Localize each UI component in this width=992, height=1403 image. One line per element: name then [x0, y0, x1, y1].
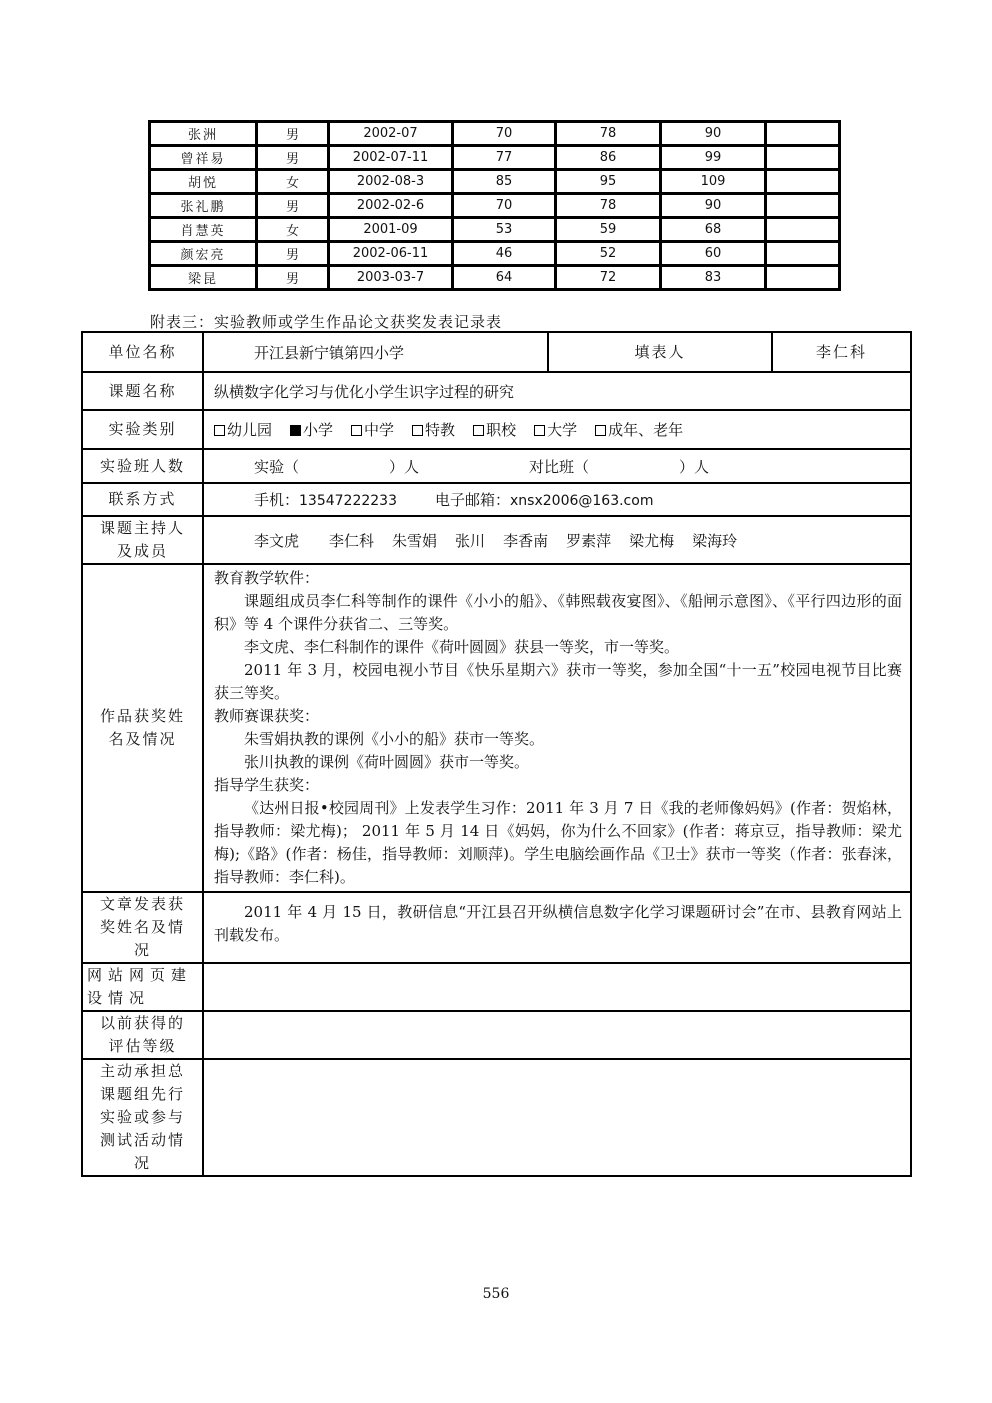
score-2-cell: 52 — [556, 242, 661, 266]
student-name-cell: 张礼鹏 — [150, 194, 257, 218]
unit-row: 单位名称 开江县新宁镇第四小学 填表人 李仁科 — [82, 332, 911, 372]
table-row: 张礼鹏 男 2002-02-6 70 78 90 — [150, 194, 840, 218]
score-3-cell: 60 — [661, 242, 766, 266]
score-3-cell: 90 — [661, 194, 766, 218]
category-option[interactable]: 职校 — [473, 421, 516, 439]
student-paragraph-1: 《达州日报•校园周刊》上发表学生习作：2011 年 3 月 7 日《我的老师像妈… — [214, 797, 902, 889]
checkbox-unchecked-icon[interactable] — [351, 425, 362, 436]
category-option[interactable]: 小学 — [290, 421, 333, 439]
control-prefix: 对比班（ — [529, 458, 589, 476]
website-row: 网站网页建设情况 — [82, 963, 911, 1011]
gender-cell: 男 — [257, 266, 329, 290]
articles-label: 文章发表获奖姓名及情况 — [82, 892, 203, 963]
category-option-label: 职校 — [486, 421, 516, 439]
score-2-cell: 95 — [556, 170, 661, 194]
student-name-cell: 张洲 — [150, 122, 257, 146]
checkbox-unchecked-icon[interactable] — [214, 425, 225, 436]
experiment-suffix: ）人 — [389, 458, 419, 476]
note-cell — [766, 218, 840, 242]
topic-label: 课题名称 — [82, 372, 203, 410]
phone-label: 手机： — [254, 491, 299, 509]
software-paragraph-1: 课题组成员李仁科等制作的课件《小小的船》、《韩熙载夜宴图》、《船闸示意图》、《平… — [214, 590, 902, 636]
table-row: 曾祥易 男 2002-07-11 77 86 99 — [150, 146, 840, 170]
category-option-label: 大学 — [547, 421, 577, 439]
note-cell — [766, 194, 840, 218]
score-2-cell: 59 — [556, 218, 661, 242]
articles-paragraph: 2011 年 4 月 15 日，教研信息“开江县召开纵横信息数字化学习课题研讨会… — [214, 901, 902, 947]
class-size-row: 实验班人数 实验（）人对比班（）人 — [82, 449, 911, 483]
rating-value[interactable] — [203, 1011, 911, 1059]
category-option[interactable]: 大学 — [534, 421, 577, 439]
birth-date-cell: 2002-06-11 — [329, 242, 453, 266]
category-label: 实验类别 — [82, 410, 203, 449]
works-value: 教育教学软件： 课题组成员李仁科等制作的课件《小小的船》、《韩熙载夜宴图》、《船… — [203, 564, 911, 892]
class-size-label: 实验班人数 — [82, 449, 203, 483]
contact-value: 手机：13547222233电子邮箱：xnsx2006@163.com — [203, 483, 911, 516]
phone-number: 13547222233 — [299, 493, 397, 509]
student-name-cell: 胡悦 — [150, 170, 257, 194]
email-label: 电子邮箱： — [435, 491, 510, 509]
category-options: 幼儿园小学中学特教职校大学成年、老年 — [203, 410, 911, 449]
activity-value[interactable] — [203, 1059, 911, 1176]
website-value[interactable] — [203, 963, 911, 1011]
members-label: 课题主持人 及成员 — [82, 516, 203, 564]
note-cell — [766, 170, 840, 194]
category-option-label: 成年、老年 — [608, 421, 683, 439]
unit-label: 单位名称 — [82, 332, 203, 372]
page-number: 556 — [0, 1286, 992, 1302]
birth-date-cell: 2001-09 — [329, 218, 453, 242]
category-option-label: 中学 — [364, 421, 394, 439]
student-name-cell: 曾祥易 — [150, 146, 257, 170]
email-address: xnsx2006@163.com — [510, 493, 653, 509]
filler-label: 填表人 — [548, 332, 772, 372]
table-row: 肖慧英 女 2001-09 53 59 68 — [150, 218, 840, 242]
category-option[interactable]: 幼儿园 — [214, 421, 272, 439]
checkbox-unchecked-icon[interactable] — [595, 425, 606, 436]
score-1-cell: 77 — [453, 146, 556, 170]
category-option[interactable]: 成年、老年 — [595, 421, 683, 439]
topic-row: 课题名称 纵横数字化学习与优化小学生识字过程的研究 — [82, 372, 911, 410]
website-label: 网站网页建设情况 — [82, 963, 203, 1011]
articles-value: 2011 年 4 月 15 日，教研信息“开江县召开纵横信息数字化学习课题研讨会… — [203, 892, 911, 963]
score-1-cell: 46 — [453, 242, 556, 266]
teacher-paragraph-1: 朱雪娟执教的课例《小小的船》获市一等奖。 — [214, 728, 902, 751]
member-name: 梁海玲 — [692, 532, 737, 550]
table-row: 胡悦 女 2002-08-3 85 95 109 — [150, 170, 840, 194]
contact-row: 联系方式 手机：13547222233电子邮箱：xnsx2006@163.com — [82, 483, 911, 516]
note-cell — [766, 146, 840, 170]
score-1-cell: 64 — [453, 266, 556, 290]
score-2-cell: 86 — [556, 146, 661, 170]
gender-cell: 女 — [257, 218, 329, 242]
birth-date-cell: 2003-03-7 — [329, 266, 453, 290]
category-option[interactable]: 特教 — [412, 421, 455, 439]
table-row: 张洲 男 2002-07 70 78 90 — [150, 122, 840, 146]
unit-value: 开江县新宁镇第四小学 — [203, 332, 548, 372]
score-2-cell: 72 — [556, 266, 661, 290]
birth-date-cell: 2002-02-6 — [329, 194, 453, 218]
note-cell — [766, 242, 840, 266]
student-name-cell: 梁昆 — [150, 266, 257, 290]
articles-row: 文章发表获奖姓名及情况 2011 年 4 月 15 日，教研信息“开江县召开纵横… — [82, 892, 911, 963]
score-1-cell: 70 — [453, 194, 556, 218]
gender-cell: 男 — [257, 146, 329, 170]
checkbox-checked-icon[interactable] — [290, 425, 301, 436]
filler-value: 李仁科 — [772, 332, 911, 372]
member-name: 梁尤梅 — [629, 532, 674, 550]
birth-date-cell: 2002-08-3 — [329, 170, 453, 194]
score-1-cell: 53 — [453, 218, 556, 242]
works-label: 作品获奖姓名及情况 — [82, 564, 203, 892]
rating-label: 以前获得的评估等级 — [82, 1011, 203, 1059]
member-name: 罗素萍 — [566, 532, 611, 550]
teacher-paragraph-2: 张川执教的课例《荷叶圆圆》获市一等奖。 — [214, 751, 902, 774]
member-name: 李仁科 — [329, 532, 374, 550]
category-option-label: 幼儿园 — [227, 421, 272, 439]
checkbox-unchecked-icon[interactable] — [412, 425, 423, 436]
members-list: 李文虎李仁科朱雪娟张川李香南罗素萍梁尤梅梁海玲 — [203, 516, 911, 564]
software-paragraph-3: 2011 年 3 月，校园电视小节目《快乐星期六》获市一等奖，参加全国“十一五”… — [214, 659, 902, 705]
score-3-cell: 109 — [661, 170, 766, 194]
student-name-cell: 颜宏亮 — [150, 242, 257, 266]
teacher-heading: 教师赛课获奖： — [214, 705, 902, 728]
control-suffix: ）人 — [679, 458, 709, 476]
birth-date-cell: 2002-07 — [329, 122, 453, 146]
score-2-cell: 78 — [556, 122, 661, 146]
activity-row: 主动承担总课题组先行实验或参与测试活动情况 — [82, 1059, 911, 1176]
gender-cell: 男 — [257, 194, 329, 218]
student-heading: 指导学生获奖： — [214, 774, 902, 797]
members-row: 课题主持人 及成员 李文虎李仁科朱雪娟张川李香南罗素萍梁尤梅梁海玲 — [82, 516, 911, 564]
contact-label: 联系方式 — [82, 483, 203, 516]
member-name: 李香南 — [503, 532, 548, 550]
member-name: 张川 — [455, 532, 485, 550]
category-option-label: 小学 — [303, 421, 333, 439]
birth-date-cell: 2002-07-11 — [329, 146, 453, 170]
class-size-value: 实验（）人对比班（）人 — [203, 449, 911, 483]
score-3-cell: 99 — [661, 146, 766, 170]
table-row: 梁昆 男 2003-03-7 64 72 83 — [150, 266, 840, 290]
award-record-table: 单位名称 开江县新宁镇第四小学 填表人 李仁科 课题名称 纵横数字化学习与优化小… — [81, 331, 912, 1177]
category-option[interactable]: 中学 — [351, 421, 394, 439]
gender-cell: 女 — [257, 170, 329, 194]
activity-label: 主动承担总课题组先行实验或参与测试活动情况 — [82, 1059, 203, 1176]
checkbox-unchecked-icon[interactable] — [473, 425, 484, 436]
member-name: 朱雪娟 — [392, 532, 437, 550]
student-score-table: 张洲 男 2002-07 70 78 90 曾祥易 男 2002-07-11 7… — [148, 120, 841, 291]
gender-cell: 男 — [257, 242, 329, 266]
table-row: 颜宏亮 男 2002-06-11 46 52 60 — [150, 242, 840, 266]
experiment-prefix: 实验（ — [254, 458, 299, 476]
score-3-cell: 68 — [661, 218, 766, 242]
note-cell — [766, 122, 840, 146]
student-name-cell: 肖慧英 — [150, 218, 257, 242]
score-3-cell: 83 — [661, 266, 766, 290]
category-option-label: 特教 — [425, 421, 455, 439]
gender-cell: 男 — [257, 122, 329, 146]
category-row: 实验类别 幼儿园小学中学特教职校大学成年、老年 — [82, 410, 911, 449]
table-caption: 附表三：实验教师或学生作品论文获奖发表记录表 — [150, 311, 502, 332]
score-2-cell: 78 — [556, 194, 661, 218]
checkbox-unchecked-icon[interactable] — [534, 425, 545, 436]
topic-value: 纵横数字化学习与优化小学生识字过程的研究 — [203, 372, 911, 410]
score-1-cell: 70 — [453, 122, 556, 146]
rating-row: 以前获得的评估等级 — [82, 1011, 911, 1059]
score-1-cell: 85 — [453, 170, 556, 194]
member-name: 李文虎 — [254, 532, 299, 550]
members-label-line2: 及成员 — [83, 540, 202, 563]
works-row: 作品获奖姓名及情况 教育教学软件： 课题组成员李仁科等制作的课件《小小的船》、《… — [82, 564, 911, 892]
software-heading: 教育教学软件： — [214, 567, 902, 590]
note-cell — [766, 266, 840, 290]
score-3-cell: 90 — [661, 122, 766, 146]
software-paragraph-2: 李文虎、李仁科制作的课件《荷叶圆圆》获县一等奖，市一等奖。 — [214, 636, 902, 659]
members-label-line1: 课题主持人 — [83, 517, 202, 540]
